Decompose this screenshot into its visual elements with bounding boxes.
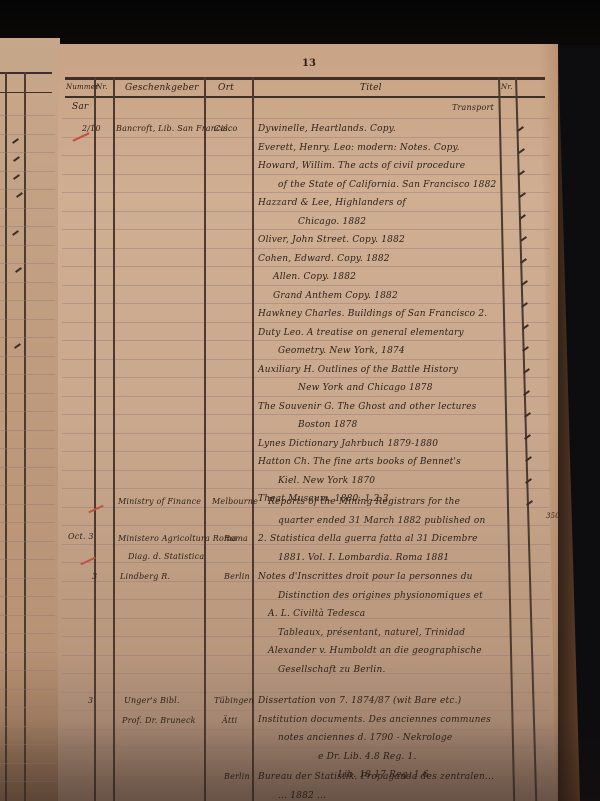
left-page-ruled-line bbox=[0, 263, 55, 264]
left-page-ruled-line bbox=[0, 282, 55, 283]
entry-title-line: A. L. Civiltà Tedesca bbox=[268, 609, 365, 619]
left-page-ruled-line bbox=[0, 374, 55, 375]
page-number: 13 bbox=[302, 58, 316, 69]
header-geschenkgeber: Geschenkgeber bbox=[125, 83, 199, 93]
ruled-line bbox=[62, 451, 550, 452]
entry-title-line: Reports of the Mining Registrars for the bbox=[268, 497, 460, 507]
ruled-line bbox=[62, 544, 550, 545]
left-page-ruled-line bbox=[0, 393, 55, 394]
entry-date: 3 bbox=[88, 696, 93, 705]
ruled-line bbox=[62, 285, 550, 286]
entry-title-line: New York and Chicago 1878 bbox=[298, 383, 433, 393]
dark-background bbox=[0, 0, 600, 45]
left-page-ruled-line bbox=[0, 485, 55, 486]
left-page-ruled-line bbox=[0, 152, 55, 153]
ruled-line bbox=[62, 470, 550, 471]
entry-subdonor: Diag. d. Statistica bbox=[128, 552, 204, 561]
entry-title-line: 2. Statistica della guerra fatta al 31 D… bbox=[258, 534, 478, 544]
ruled-line bbox=[62, 229, 550, 230]
left-page-ruled-line bbox=[0, 208, 55, 209]
margin-note: 350 bbox=[546, 512, 560, 520]
ruled-line bbox=[62, 377, 550, 378]
left-page-ruled-line bbox=[0, 448, 55, 449]
column-divider-1 bbox=[94, 77, 96, 801]
ruled-line bbox=[62, 396, 550, 397]
ruled-line bbox=[62, 155, 550, 156]
entry-title-line: Oliver, John Street. Copy. 1882 bbox=[258, 235, 405, 245]
entry-title-line: Cohen, Edward. Copy. 1882 bbox=[258, 254, 390, 264]
entry-title-line: Geometry. New York, 1874 bbox=[278, 346, 405, 356]
entry-title-line: quarter ended 31 March 1882 published on bbox=[278, 516, 485, 526]
entry-title-line: The Souvenir G. The Ghost and other lect… bbox=[258, 402, 477, 412]
ruled-line bbox=[62, 174, 550, 175]
entry-title-line: Kiel. New York 1870 bbox=[278, 476, 375, 486]
entry-title-line: Duty Leo. A treatise on general elementa… bbox=[258, 328, 464, 338]
entry-title-line: Gesellschaft zu Berlin. bbox=[278, 665, 386, 675]
entry-title-line: Chicago. 1882 bbox=[298, 217, 366, 227]
ruled-line bbox=[62, 118, 550, 119]
left-page-ruled-line bbox=[0, 615, 55, 616]
left-page-ruled-line bbox=[0, 134, 55, 135]
entry-title-line: Allen. Copy. 1882 bbox=[273, 272, 356, 282]
ruled-line bbox=[62, 266, 550, 267]
entry-donor: Lindberg R. bbox=[120, 572, 170, 581]
entry-title-line: Auxiliary H. Outlines of the Battle Hist… bbox=[258, 365, 458, 375]
ruled-line bbox=[62, 248, 550, 249]
column-divider-2 bbox=[113, 77, 115, 801]
ruled-line bbox=[62, 303, 550, 304]
left-page-ruled-line bbox=[0, 504, 55, 505]
entry-place: Melbourne bbox=[212, 497, 258, 506]
column-divider-4 bbox=[252, 77, 254, 801]
entry-title-line: Grand Anthem Copy. 1882 bbox=[273, 291, 398, 301]
transport-label: Transport bbox=[452, 103, 494, 112]
header-ort: Ort bbox=[218, 83, 234, 93]
left-page-ruled-line bbox=[0, 670, 55, 671]
left-page-ruled-line bbox=[0, 337, 55, 338]
left-page-ruled-line bbox=[0, 300, 55, 301]
left-page-ruled-line bbox=[0, 578, 55, 579]
entry-date: 3 bbox=[92, 572, 97, 581]
bottom-shadow bbox=[0, 720, 600, 801]
entry-place: Roma bbox=[224, 534, 248, 543]
entry-title-line: Tableaux, présentant, naturel, Trinidad bbox=[278, 628, 465, 638]
header-titel: Titel bbox=[360, 83, 382, 93]
left-page-ruled-line bbox=[0, 411, 55, 412]
entry-title-line: Hazzard & Lee, Highlanders of bbox=[258, 198, 406, 208]
header-nr: Nr. bbox=[96, 83, 108, 91]
left-page-ruled-line bbox=[0, 430, 55, 431]
ruled-line bbox=[62, 192, 550, 193]
left-page-header-line-2 bbox=[0, 92, 52, 93]
entry-title-line: Howard, Willim. The acts of civil proced… bbox=[258, 161, 465, 171]
column-divider-3 bbox=[204, 77, 206, 801]
header-nr-right: Nr. bbox=[501, 83, 513, 91]
entry-title-line: Dissertation von 7. 1874/87 (wit Bare et… bbox=[258, 696, 461, 706]
header-bottom-rule bbox=[65, 96, 545, 98]
entry-title-line: of the State of California. San Francisc… bbox=[278, 180, 496, 190]
ruled-line bbox=[62, 692, 550, 693]
entry-place: Berlin bbox=[224, 572, 250, 581]
left-page-ruled-line bbox=[0, 189, 55, 190]
entry-title-line: Everett, Henry. Leo: modern: Notes. Copy… bbox=[258, 143, 460, 153]
left-page-ruled-line bbox=[0, 633, 55, 634]
left-page-column-line bbox=[5, 72, 7, 801]
ruled-line bbox=[62, 488, 550, 489]
left-page-ruled-line bbox=[0, 652, 55, 653]
left-page-ruled-line bbox=[0, 356, 55, 357]
entry-title-line: 1881. Vol. I. Lombardia. Roma 1881 bbox=[278, 553, 449, 563]
entry-title-line: Alexander v. Humboldt an die geographisc… bbox=[268, 646, 482, 656]
entry-title-line: Dywinelle, Heartlands. Copy. bbox=[258, 124, 396, 134]
header-nummer: Nummer bbox=[66, 83, 99, 91]
ruled-line bbox=[62, 322, 550, 323]
entry-title-line: Lynes Dictionary Jahrbuch 1879-1880 bbox=[258, 439, 438, 449]
left-page-ruled-line bbox=[0, 596, 55, 597]
left-page-ruled-line bbox=[0, 319, 55, 320]
year-marker: Sar bbox=[72, 102, 88, 112]
left-page-ruled-line bbox=[0, 115, 55, 116]
entry-place: Cal. bbox=[214, 124, 231, 133]
ruled-line bbox=[62, 710, 550, 711]
left-page-ruled-line bbox=[0, 171, 55, 172]
entry-place: Tübingen bbox=[214, 696, 254, 705]
ruled-line bbox=[62, 211, 550, 212]
left-page-column-line-2 bbox=[24, 72, 26, 801]
ruled-line bbox=[62, 433, 550, 434]
left-page-ruled-line bbox=[0, 707, 55, 708]
ruled-line bbox=[62, 414, 550, 415]
left-page-ruled-line bbox=[0, 467, 55, 468]
entry-title-line: Hatton Ch. The fine arts books of Bennet… bbox=[258, 457, 461, 467]
ruled-line bbox=[62, 340, 550, 341]
ruled-line bbox=[62, 359, 550, 360]
ruled-line bbox=[62, 507, 550, 508]
entry-donor: Ministry of Finance bbox=[118, 497, 201, 506]
entry-date: Oct. 3 bbox=[68, 532, 94, 541]
ruled-line bbox=[62, 137, 550, 138]
entry-title-line: Distinction des origines physionomiques … bbox=[278, 591, 483, 601]
left-page-header-line bbox=[0, 72, 52, 74]
entry-title-line: Notes d'Inscrittes droit pour la personn… bbox=[258, 572, 473, 582]
entry-title-line: Boston 1878 bbox=[298, 420, 357, 430]
left-page-ruled-line bbox=[0, 559, 55, 560]
entry-donor: Unger's Bibl. bbox=[124, 696, 180, 705]
left-page-ruled-line bbox=[0, 522, 55, 523]
entry-title-line: Hawkney Charles. Buildings of San Franci… bbox=[258, 309, 487, 319]
left-page-ruled-line bbox=[0, 245, 55, 246]
left-page-ruled-line bbox=[0, 541, 55, 542]
entry-donor: Ministero Agricoltura Roma bbox=[118, 534, 237, 543]
entry-date: 2/10 bbox=[82, 124, 101, 133]
header-top-rule bbox=[65, 77, 545, 80]
left-page-ruled-line bbox=[0, 226, 55, 227]
left-page-ruled-line bbox=[0, 689, 55, 690]
